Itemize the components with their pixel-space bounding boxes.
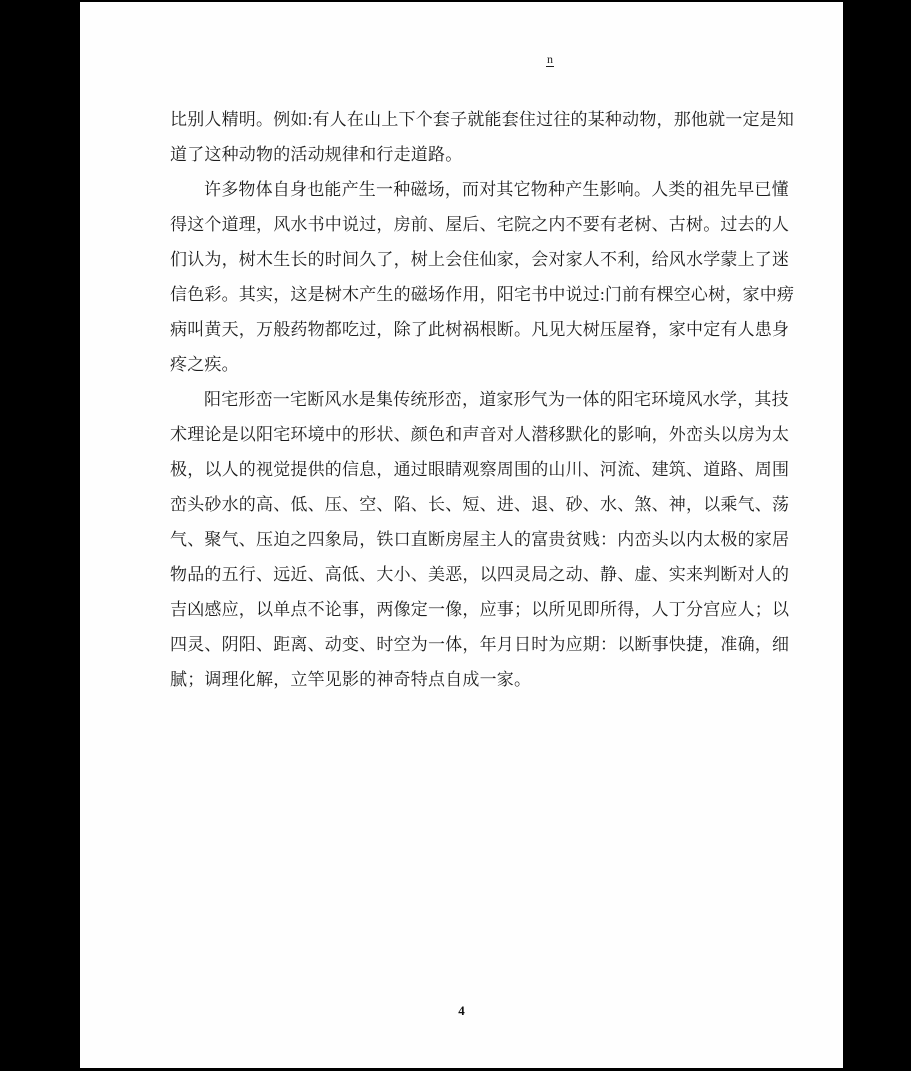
text-line: 物品的五行、远近、高低、大小、美恶，以四灵局之动、静、虚、实来判断对人的	[170, 557, 769, 592]
text-line: 信色彩。其实，这是树木产生的磁场作用，阳宅书中说过:门前有棵空心树，家中痨	[170, 277, 769, 312]
text-line: 们认为，树木生长的时间久了，树上会住仙家，会对家人不利，给风水学蒙上了迷	[170, 242, 769, 277]
text-line: 腻；调理化解，立竿见影的神奇特点自成一家。	[170, 662, 769, 697]
body-text: 比别人精明。例如:有人在山上下个套子就能套住过往的某种动物，那他就一定是知 道了…	[170, 102, 769, 697]
text-line: 吉凶感应，以单点不论事，两像定一像，应事；以所见即所得，人丁分宫应人；以	[170, 592, 769, 627]
text-line: 疼之疾。	[170, 347, 769, 382]
text-line: 病叫黄天，万般药物都吃过，除了此树祸根断。凡见大树压屋脊，家中定有人患身	[170, 312, 769, 347]
text-line: 阳宅形峦一宅断风水是集传统形峦，道家形气为一体的阳宅环境风水学，其技	[170, 382, 769, 417]
document-page: n 比别人精明。例如:有人在山上下个套子就能套住过往的某种动物，那他就一定是知 …	[80, 2, 843, 1068]
text-line: 术理论是以阳宅环境中的形状、颜色和声音对人潜移默化的影响，外峦头以房为太	[170, 417, 769, 452]
viewer-background: n 比别人精明。例如:有人在山上下个套子就能套住过往的某种动物，那他就一定是知 …	[0, 0, 911, 1071]
text-line: 四灵、阴阳、距离、动变、时空为一体，年月日时为应期：以断事快捷，准确，细	[170, 627, 769, 662]
text-line: 许多物体自身也能产生一种磁场，而对其它物种产生影响。人类的祖先早已懂	[170, 172, 769, 207]
text-line: 得这个道理，风水书中说过，房前、屋后、宅院之内不要有老树、古树。过去的人	[170, 207, 769, 242]
text-line: 道了这种动物的活动规律和行走道路。	[170, 137, 769, 172]
text-line: 峦头砂水的高、低、压、空、陷、长、短、进、退、砂、水、煞、神，以乘气、荡	[170, 487, 769, 522]
text-line: 比别人精明。例如:有人在山上下个套子就能套住过往的某种动物，那他就一定是知	[170, 102, 769, 137]
page-header-mark: n	[546, 52, 554, 67]
text-line: 气、聚气、压迫之四象局，铁口直断房屋主人的富贵贫贱：内峦头以内太极的家居	[170, 522, 769, 557]
text-line: 极，以人的视觉提供的信息，通过眼睛观察周围的山川、河流、建筑、道路、周围	[170, 452, 769, 487]
page-number: 4	[80, 1003, 843, 1019]
